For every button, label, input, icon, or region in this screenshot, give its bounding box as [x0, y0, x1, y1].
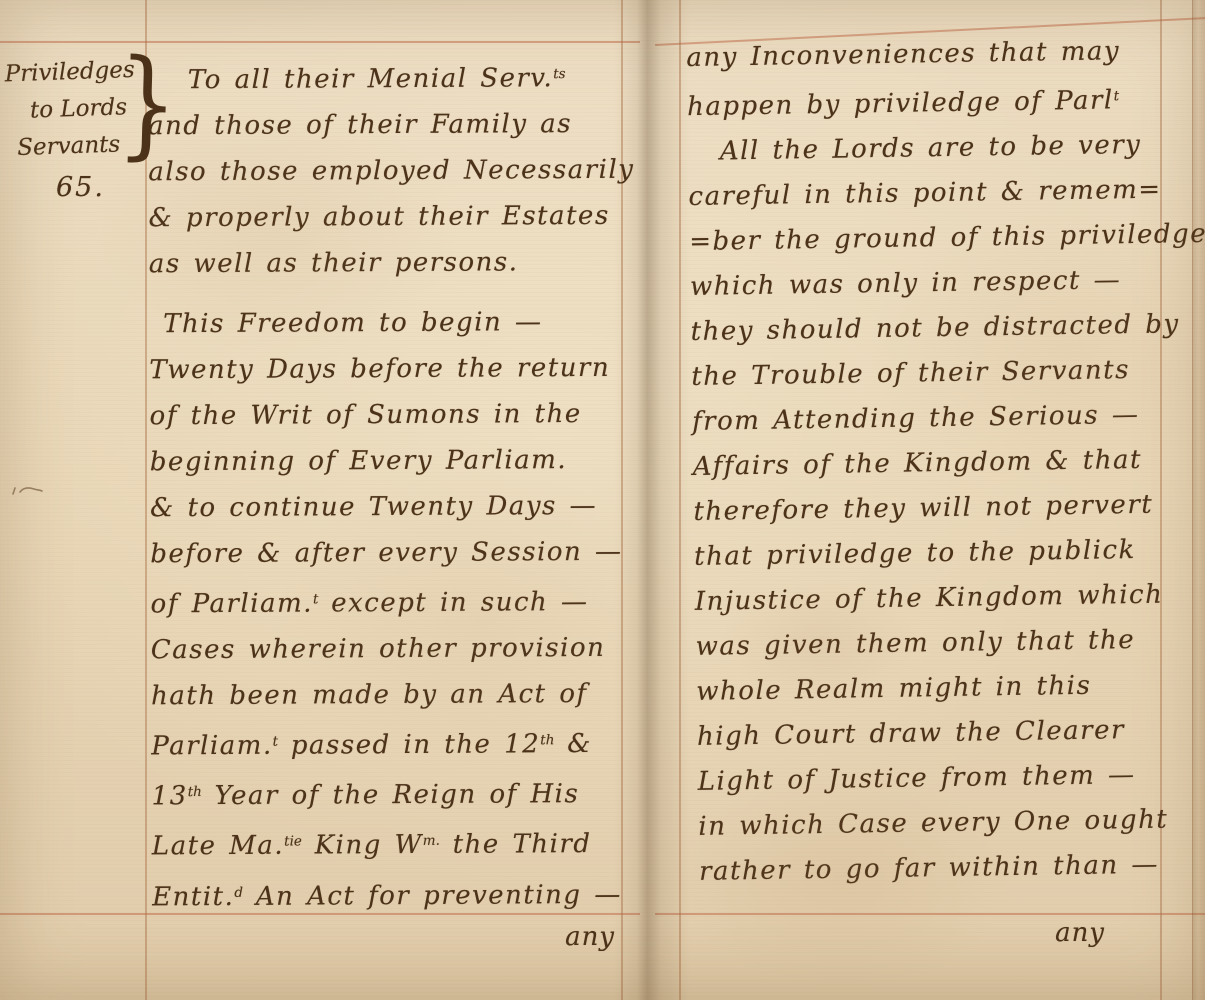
text-line: 13th Year of the Reign of His — [151, 767, 631, 820]
text-line: rather to go far within than — — [699, 842, 1180, 895]
paragraph: To all their Menial Serv.tsand those of … — [148, 51, 629, 288]
right-page-catchword: any — [960, 918, 1105, 948]
text-line: beginning of Every Parliam. — [150, 437, 630, 486]
text-line: All the Lords are to be very — [687, 123, 1168, 176]
text-line: To all their Menial Serv.ts — [148, 51, 628, 104]
paragraph: This Freedom to begin —Twenty Days befor… — [149, 299, 632, 920]
text-line: from Attending the Serious — — [692, 393, 1173, 446]
text-line: therefore they will not pervert — [693, 483, 1174, 536]
text-line: in which Case every One ought — [698, 797, 1179, 850]
text-line: Cases wherein other provision — [151, 625, 631, 674]
text-line: as well as their persons. — [149, 239, 629, 288]
text-line: happen by priviledge of Parlt — [687, 73, 1168, 130]
text-line: whole Realm might in this — [696, 662, 1177, 715]
text-line: they should not be distracted by — [690, 303, 1171, 356]
right-page-text: any Inconveniences that mayhappen by pri… — [686, 28, 1179, 895]
text-line: was given them only that the — [695, 617, 1176, 670]
text-line: Late Ma.tie King Wm. the Third — [152, 817, 632, 870]
ruled-line-top-left-page — [0, 41, 640, 43]
paragraph: All the Lords are to be verycareful in t… — [687, 123, 1179, 895]
text-line: also those employed Necessarily — [148, 147, 628, 196]
text-line: of the Writ of Sumons in the — [150, 391, 630, 440]
text-line: the Trouble of their Servants — [691, 348, 1172, 401]
text-line: Twenty Days before the return — [149, 345, 629, 394]
text-line: that priviledge to the publick — [694, 528, 1175, 581]
text-line: Parliam.t passed in the 12th & — [151, 717, 631, 770]
manuscript-spread: Priviledgesto LordsServants } 65. To all… — [0, 0, 1205, 1000]
stray-ink-mark — [10, 484, 44, 498]
text-line: & properly about their Estates — [148, 193, 628, 242]
left-page-catchword: any — [470, 922, 615, 952]
ruled-line-bottom-right-page — [655, 913, 1205, 915]
margin-page-number: 65. — [56, 172, 105, 203]
text-line: hath been made by an Act of — [151, 671, 631, 720]
text-line: which was only in respect — — [690, 258, 1171, 311]
page-edge-right — [1192, 0, 1205, 1000]
text-line: Light of Justice from them — — [697, 752, 1178, 805]
text-line: of Parliam.t except in such — — [150, 575, 630, 628]
text-line: and those of their Family as — [148, 101, 628, 150]
ruled-line-left-right-page — [679, 0, 681, 1000]
text-line: This Freedom to begin — — [149, 299, 629, 348]
text-line: Injustice of the Kingdom which — [695, 573, 1176, 626]
text-line: Affairs of the Kingdom & that — [692, 438, 1173, 491]
left-page-text: To all their Menial Serv.tsand those of … — [148, 51, 633, 920]
text-line: & to continue Twenty Days — — [150, 483, 630, 532]
paragraph: any Inconveniences that mayhappen by pri… — [686, 28, 1167, 130]
text-line: before & after every Session — — [150, 529, 630, 578]
text-line: careful in this point & remem= — [688, 168, 1169, 221]
text-line: high Court draw the Clearer — [697, 707, 1178, 760]
text-line: any Inconveniences that may — [686, 28, 1167, 81]
text-line: Entit.d An Act for preventing — — [152, 867, 632, 920]
text-line: =ber the ground of this priviledge — [689, 213, 1170, 266]
